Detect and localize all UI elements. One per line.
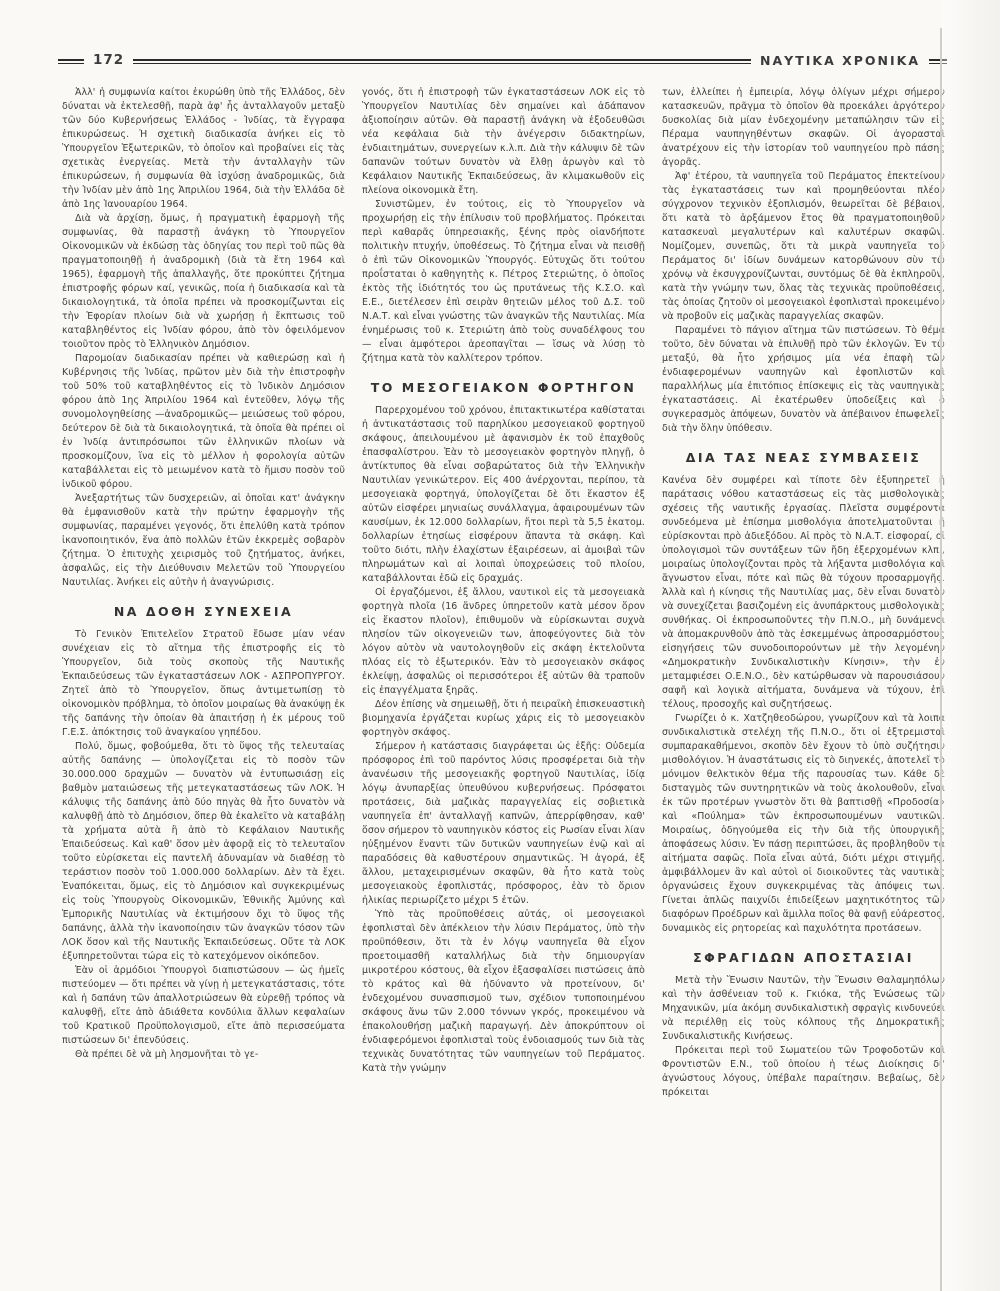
paragraph: Πρόκειται περὶ τοῦ Σωματείου τῶν Τροφοδο… <box>662 1044 945 1100</box>
section-heading: ΔΙΑ ΤΑΣ ΝΕΑΣ ΣΥΜΒΑΣΕΙΣ <box>662 451 945 465</box>
column-1: Ἀλλ' ἡ συμφωνία καίτοι ἐκυρώθη ὑπὸ τῆς Ἑ… <box>62 86 345 1261</box>
article-columns: Ἀλλ' ἡ συμφωνία καίτοι ἐκυρώθη ὑπὸ τῆς Ἑ… <box>62 86 945 1261</box>
paragraph: Κανένα δὲν συμφέρει καὶ τίποτε δὲν ἐξυπη… <box>662 474 945 712</box>
paragraph: Θὰ πρέπει δὲ νὰ μὴ λησμονῆται τὸ γε- <box>62 1048 345 1062</box>
paragraph: Οἱ ἐργαζόμενοι, ἐξ ἄλλου, ναυτικοὶ εἰς τ… <box>362 586 645 698</box>
paragraph: Ἀνεξαρτήτως τῶν δυσχερειῶν, αἱ ὁποῖαι κα… <box>62 492 345 590</box>
paragraph: Σήμερον ἡ κατάστασις διαγράφεται ὡς ἑξῆς… <box>362 740 645 908</box>
column-3: των, ἐλλείπει ἡ ἐμπειρία, λόγῳ ὀλίγων μέ… <box>662 86 945 1261</box>
page-edge-line <box>940 28 942 1291</box>
section-heading: ΣΦΡΑΓΙΔΩΝ ΑΠΟΣΤΑΣΙΑΙ <box>662 951 945 965</box>
paragraph: Παρερχομένου τοῦ χρόνου, ἐπιτακτικωτέρα … <box>362 404 645 586</box>
paragraph: Δέον ἐπίσης νὰ σημειωθῇ, ὅτι ἡ πειραϊκὴ … <box>362 698 645 740</box>
paragraph: Πολύ, ὅμως, φοβούμεθα, ὅτι τὸ ὕψος τῆς τ… <box>62 740 345 964</box>
paragraph: γονός, ὅτι ἡ ἐπιστροφὴ τῶν ἐγκαταστάσεων… <box>362 86 645 198</box>
section-heading: ΝΑ ΔΟΘΗ ΣΥΝΕΧΕΙΑ <box>62 605 345 619</box>
paragraph: Παραμένει τὸ πάγιον αἴτημα τῶν πιστώσεων… <box>662 324 945 436</box>
header-double-rule-left <box>58 59 84 64</box>
paragraph: Διὰ νὰ ἀρχίσῃ, ὅμως, ἡ πραγματικὴ ἐφαρμο… <box>62 212 345 352</box>
paragraph: Γνωρίζει ὁ κ. Χατζηθεοδώρου, γνωρίζουν κ… <box>662 712 945 936</box>
page-number: 172 <box>93 52 124 68</box>
magazine-page: 172 ΝΑΥΤΙΚΑ ΧΡΟΝΙΚΑ Ἀλλ' ἡ συμφωνία καίτ… <box>0 0 1000 1291</box>
section-heading: ΤΟ ΜΕΣΟΓΕΙΑΚΟΝ ΦΟΡΤΗΓΟΝ <box>362 381 645 395</box>
paragraph: Ἀλλ' ἡ συμφωνία καίτοι ἐκυρώθη ὑπὸ τῆς Ἑ… <box>62 86 345 212</box>
header-double-rule-middle <box>133 59 751 64</box>
paragraph: Παρομοίαν διαδικασίαν πρέπει νὰ καθιερώσ… <box>62 352 345 492</box>
page-edge-shade <box>942 0 1000 1291</box>
paragraph: των, ἐλλείπει ἡ ἐμπειρία, λόγῳ ὀλίγων μέ… <box>662 86 945 170</box>
paragraph: Ὑπὸ τὰς προϋποθέσεις αὐτάς, οἱ μεσογειακ… <box>362 908 645 1076</box>
paragraph: Ἀφ' ἑτέρου, τὰ ναυπηγεῖα τοῦ Περάματος ἐ… <box>662 170 945 324</box>
column-2: γονός, ὅτι ἡ ἐπιστροφὴ τῶν ἐγκαταστάσεων… <box>362 86 645 1261</box>
magazine-title: ΝΑΥΤΙΚΑ ΧΡΟΝΙΚΑ <box>760 53 920 68</box>
paragraph: Τὸ Γενικὸν Ἐπιτελεῖον Στρατοῦ ἔδωσε μίαν… <box>62 628 345 740</box>
paragraph: Μετὰ τὴν Ἕνωσιν Ναυτῶν, τὴν Ἕνωσιν Θαλαμ… <box>662 974 945 1044</box>
page-header: 172 ΝΑΥΤΙΚΑ ΧΡΟΝΙΚΑ <box>58 53 947 69</box>
paragraph: Ἐὰν οἱ ἁρμόδιοι Ὑπουργοὶ διαπιστώσουν — … <box>62 964 345 1048</box>
paragraph: Συνιστῶμεν, ἐν τούτοις, εἰς τὸ Ὑπουργεῖο… <box>362 198 645 366</box>
